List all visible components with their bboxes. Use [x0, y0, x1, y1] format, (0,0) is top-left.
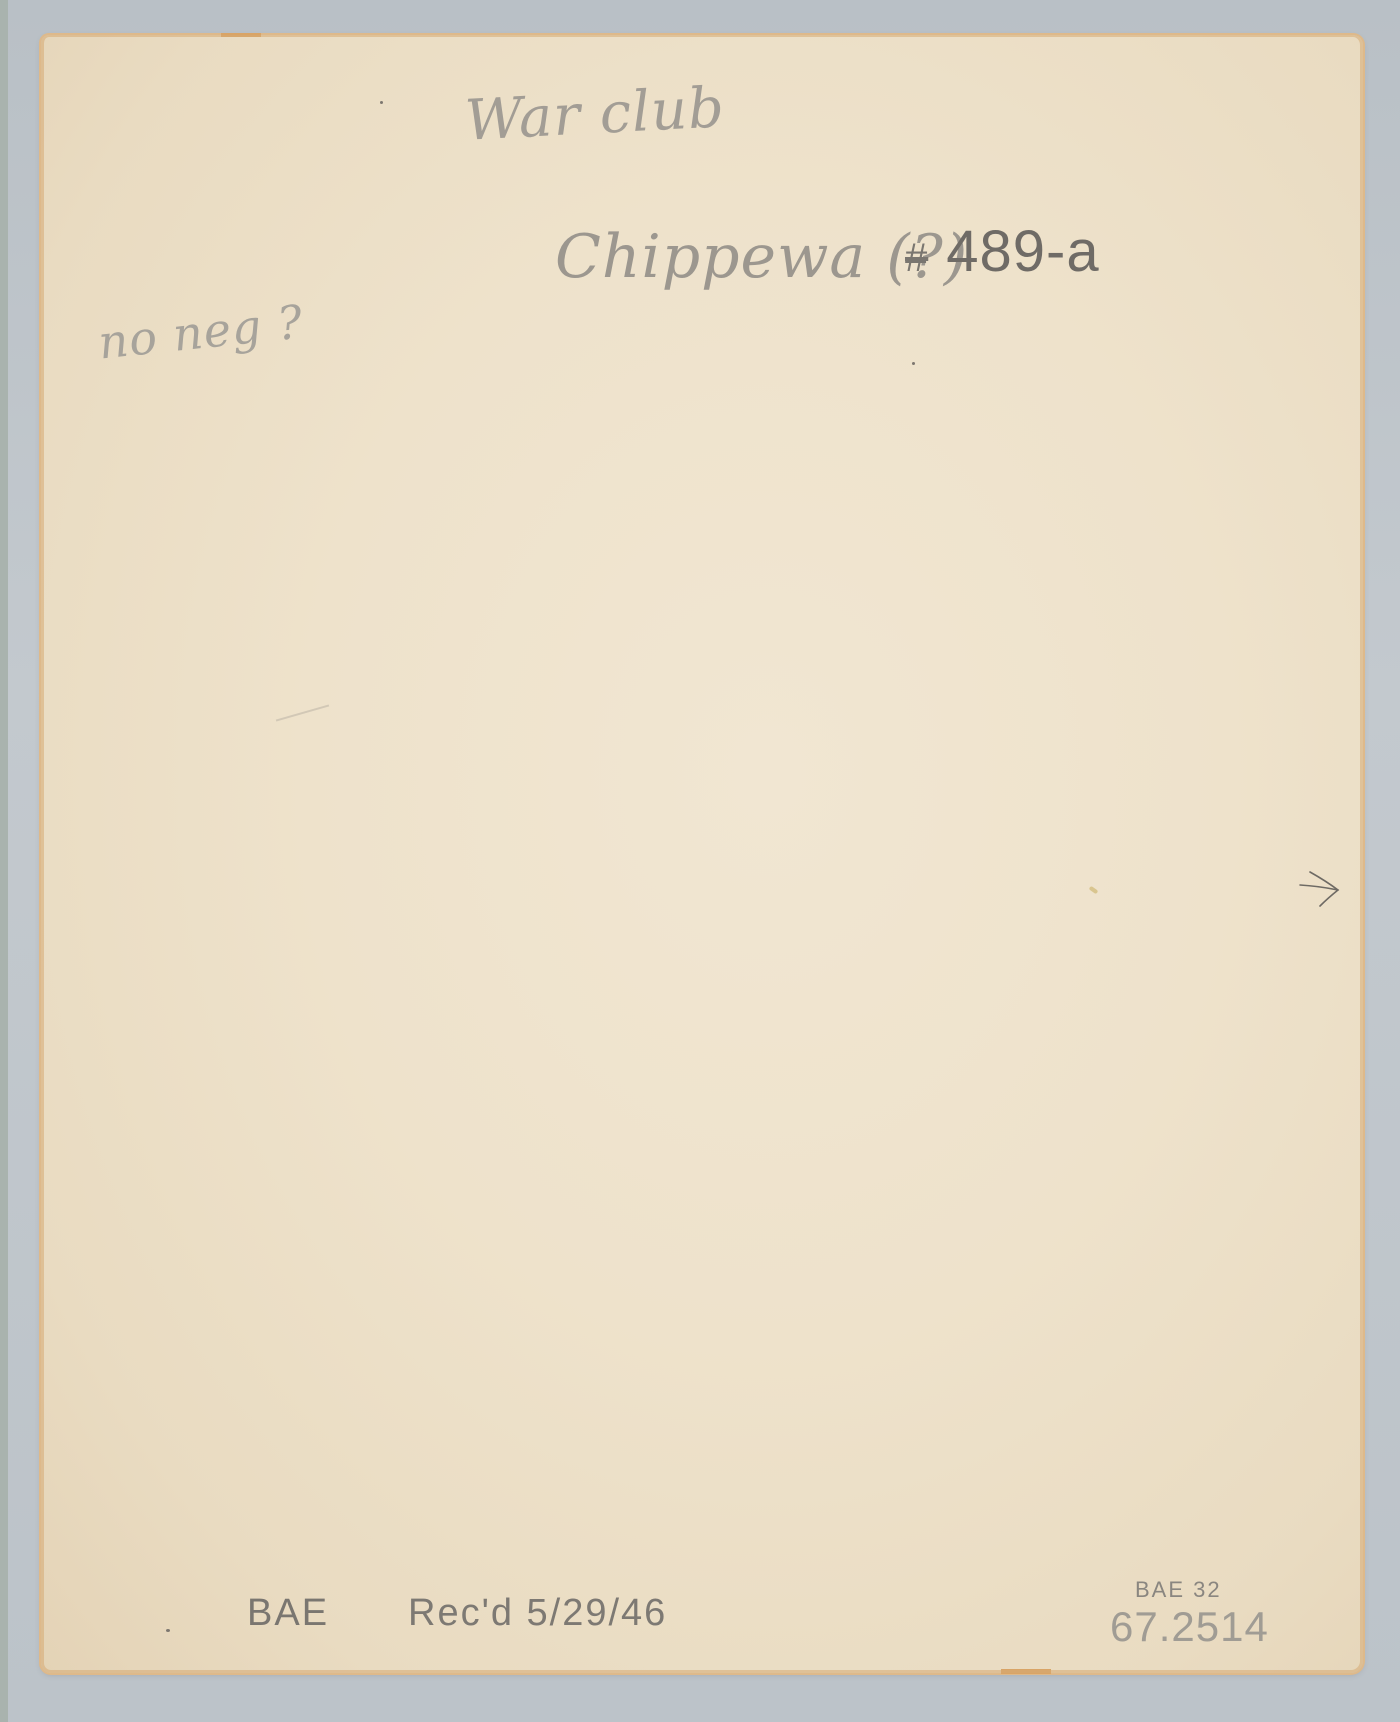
pencil-dot — [166, 1629, 170, 1632]
inscription-bae-series: BAE 32 — [1135, 1577, 1222, 1603]
pencil-dot — [380, 101, 383, 104]
right-arrow-icon — [1298, 868, 1342, 908]
inscription-bae: BAE — [247, 1592, 329, 1635]
scan-backdrop-edge — [0, 0, 8, 1722]
struck-prefix: # — [905, 236, 928, 280]
specimen-number: 489-a — [946, 219, 1099, 284]
inscription-title: War club — [463, 75, 726, 154]
edge-wear-bottom — [1001, 1669, 1051, 1674]
pencil-dot — [912, 362, 915, 365]
edge-wear-top — [221, 33, 261, 37]
inscription-received-date: Rec'd 5/29/46 — [408, 1592, 667, 1635]
inscription-number: #489-a — [905, 218, 1100, 285]
inscription-catalog-number: 67.2514 — [1110, 1603, 1269, 1651]
